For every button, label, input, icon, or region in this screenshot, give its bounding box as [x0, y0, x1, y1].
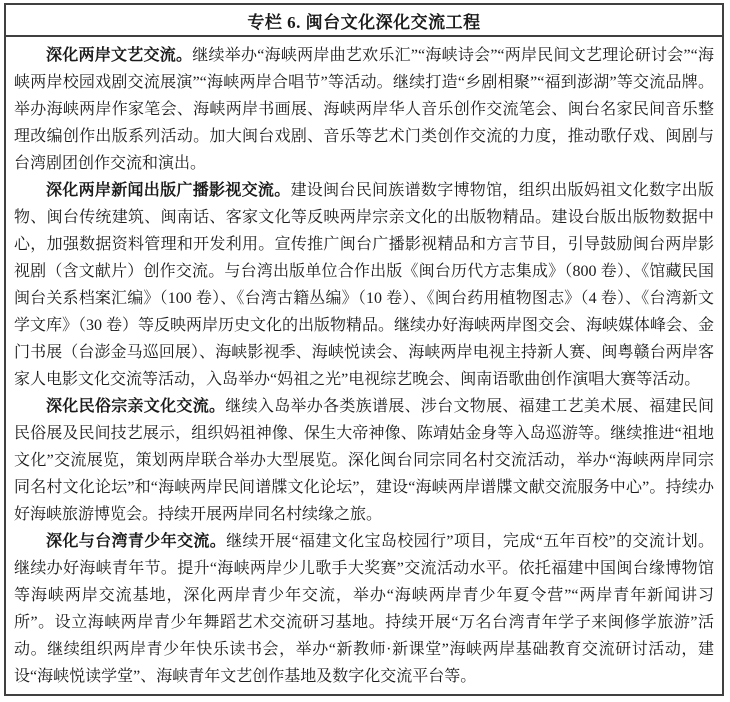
- document-page: 专栏 6. 闽台文化深化交流工程 深化两岸文艺交流。继续举办“海峡两岸曲艺欢乐汇…: [0, 0, 730, 702]
- paragraph-lead: 深化与台湾青少年交流。: [46, 533, 226, 550]
- paragraph-text: 继续开展“福建文化宝岛校园行”项目，完成“五年百校”的交流计划。继续办好海峡青年…: [14, 533, 714, 685]
- box-title: 专栏 6. 闽台文化深化交流工程: [6, 5, 722, 37]
- paragraph-arts-exchange: 深化两岸文艺交流。继续举办“海峡两岸曲艺欢乐汇”“海峡诗会”“两岸民间文艺理论研…: [14, 42, 714, 177]
- paragraph-text: 建设闽台民间族谱数字博物馆，组织出版妈祖文化数字出版物、闽台传统建筑、闽南话、客…: [14, 182, 714, 388]
- paragraph-text: 继续入岛举办各类族谱展、涉台文物展、福建工艺美术展、福建民间民俗展及民间技艺展示…: [14, 398, 714, 523]
- paragraph-lead: 深化民俗宗亲文化交流。: [46, 398, 225, 415]
- paragraph-media-publishing-exchange: 深化两岸新闻出版广播影视交流。建设闽台民间族谱数字博物馆，组织出版妈祖文化数字出…: [14, 177, 714, 393]
- paragraph-youth-exchange: 深化与台湾青少年交流。继续开展“福建文化宝岛校园行”项目，完成“五年百校”的交流…: [14, 528, 714, 690]
- paragraph-folk-culture-exchange: 深化民俗宗亲文化交流。继续入岛举办各类族谱展、涉台文物展、福建工艺美术展、福建民…: [14, 393, 714, 528]
- paragraph-lead: 深化两岸文艺交流。: [46, 47, 192, 64]
- box-body: 深化两岸文艺交流。继续举办“海峡两岸曲艺欢乐汇”“海峡诗会”“两岸民间文艺理论研…: [6, 37, 722, 696]
- feature-box: 专栏 6. 闽台文化深化交流工程 深化两岸文艺交流。继续举办“海峡两岸曲艺欢乐汇…: [4, 3, 724, 696]
- paragraph-lead: 深化两岸新闻出版广播影视交流。: [46, 182, 291, 199]
- paragraph-text: 继续举办“海峡两岸曲艺欢乐汇”“海峡诗会”“两岸民间文艺理论研讨会”“海峡两岸校…: [14, 47, 714, 172]
